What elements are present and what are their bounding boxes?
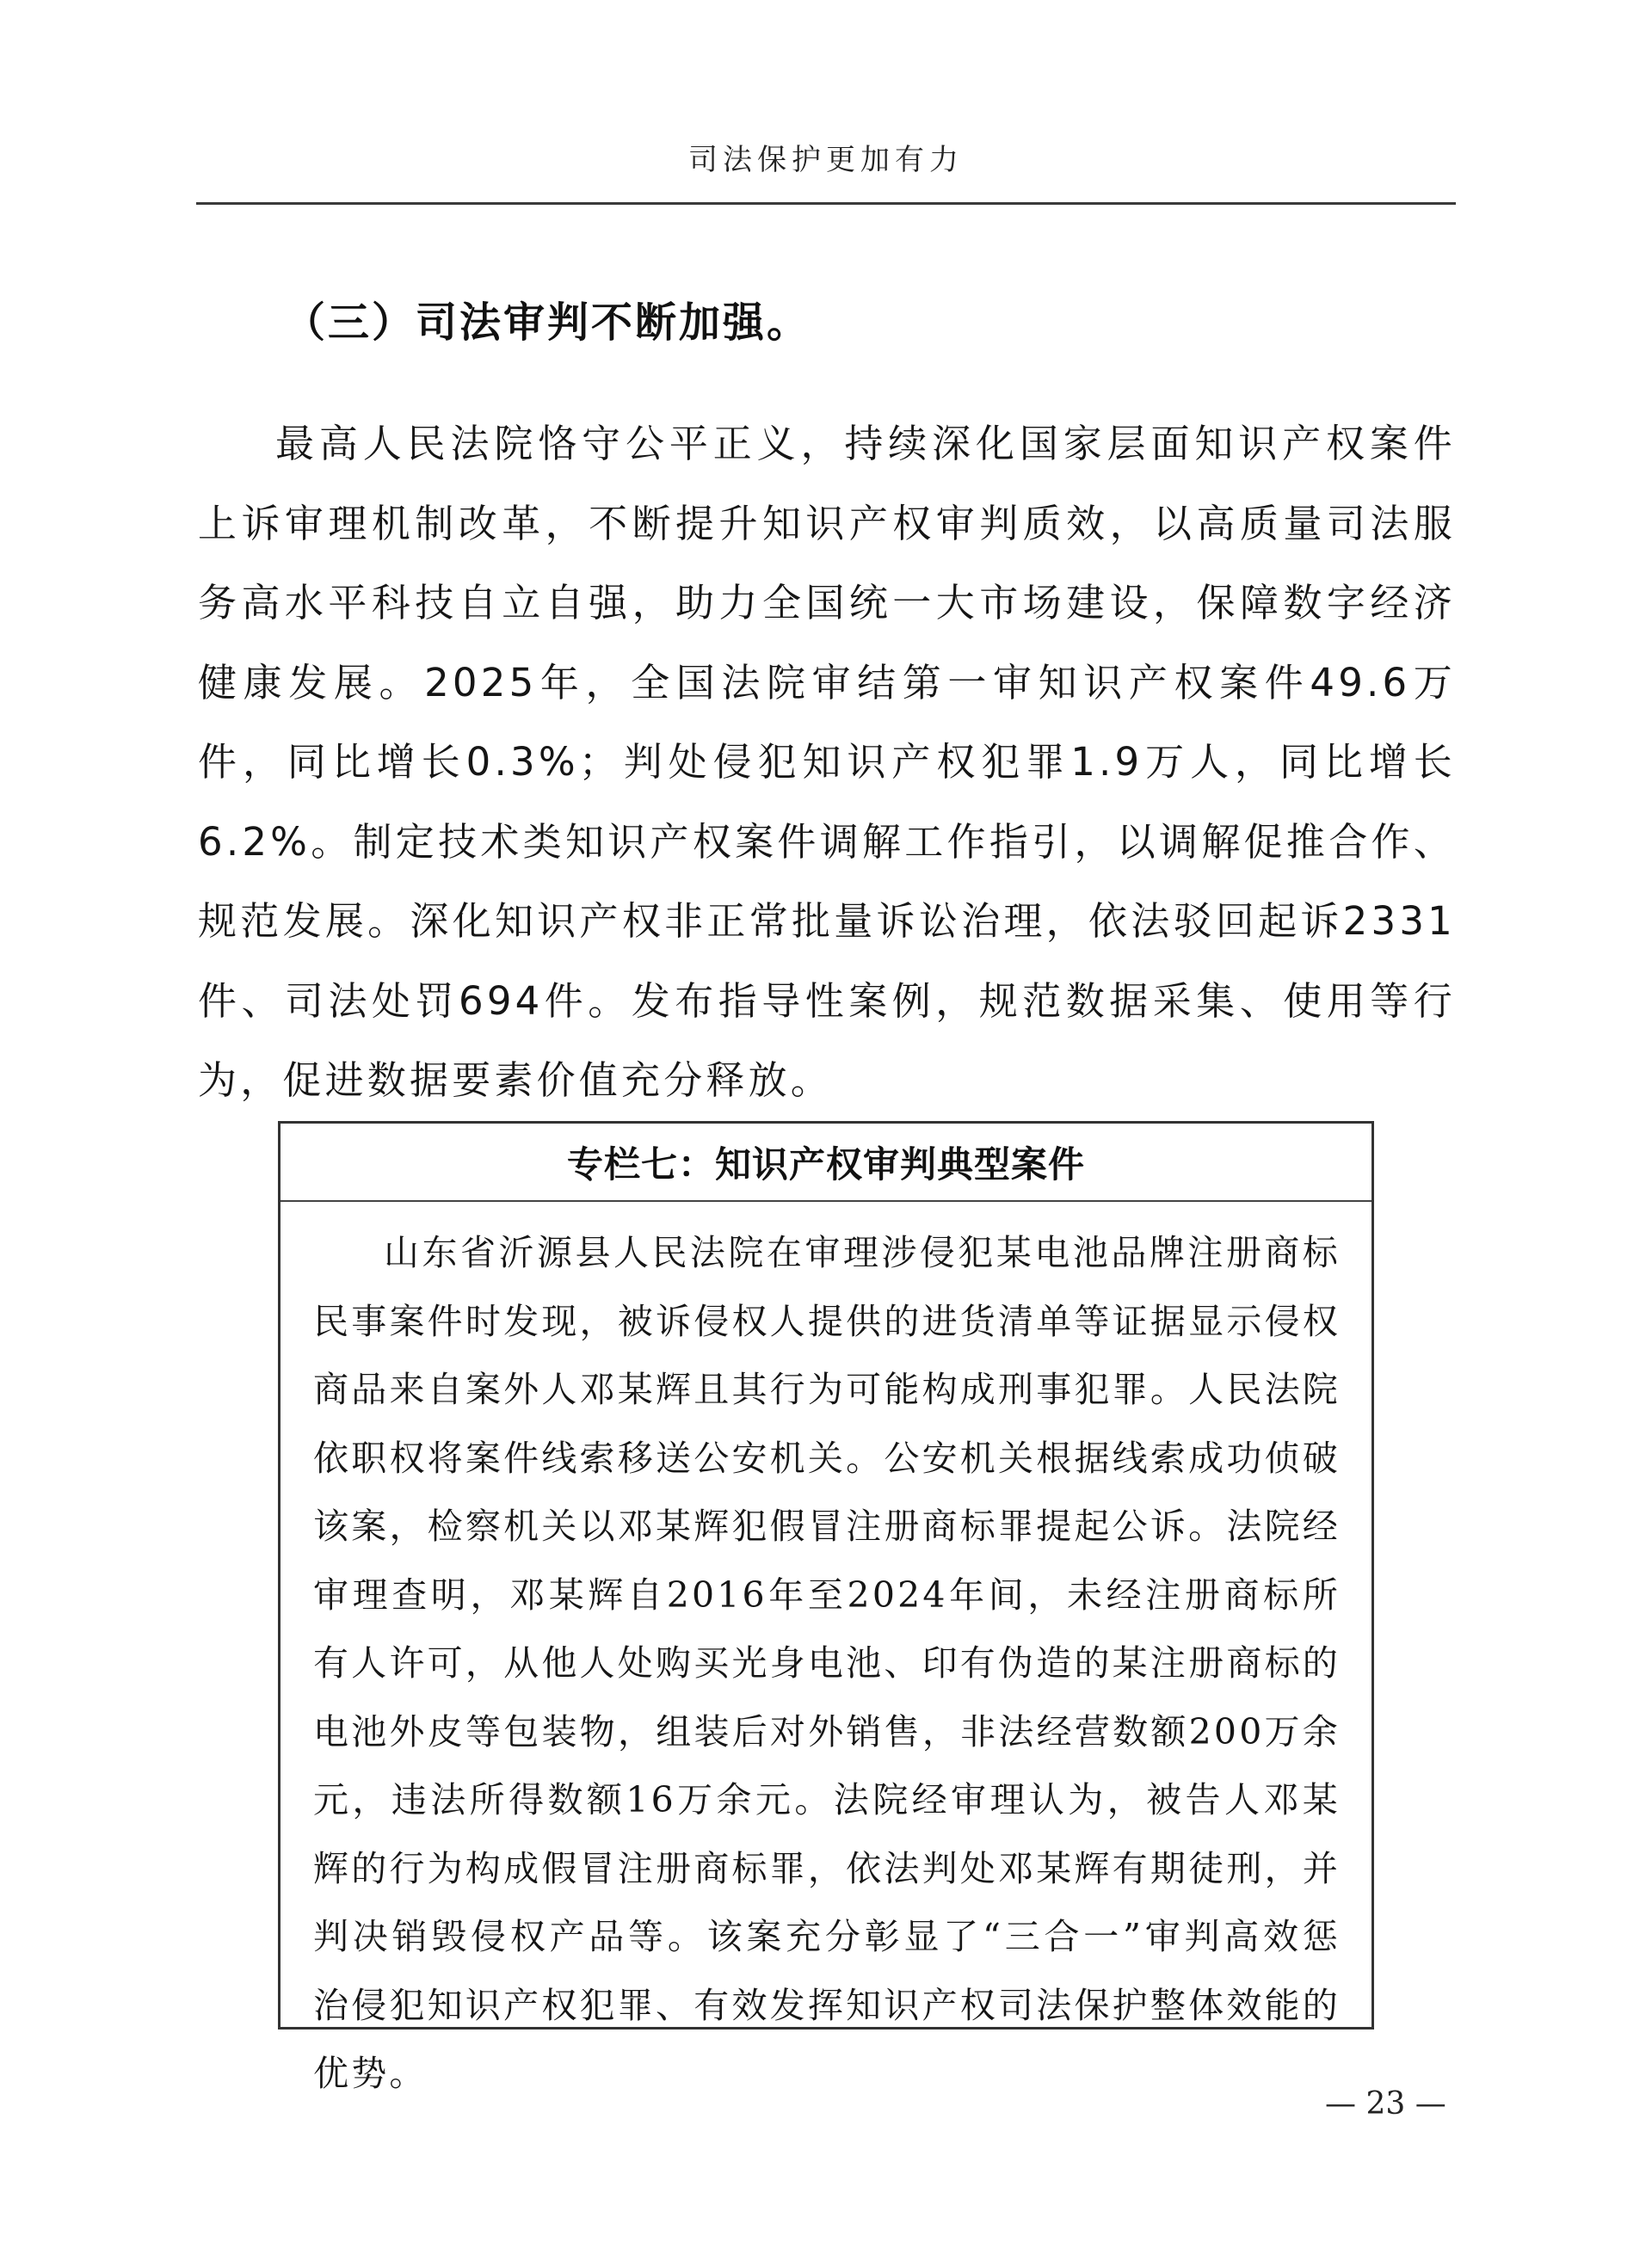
feature-box-paragraph: 山东省沂源县人民法院在审理涉侵犯某电池品牌注册商标民事案件时发现，被诉侵权人提供… xyxy=(280,1202,1372,2109)
body-paragraph: 最高人民法院恪守公平正义，持续深化国家层面知识产权案件上诉审理机制改革，不断提升… xyxy=(198,404,1456,1121)
page-number: — 23 — xyxy=(1325,2086,1446,2122)
feature-box-title: 专栏七：知识产权审判典型案件 xyxy=(280,1124,1372,1202)
section-heading: （三）司法审判不断加强。 xyxy=(284,289,811,348)
header-rule-divider xyxy=(196,202,1456,205)
feature-box: 专栏七：知识产权审判典型案件 山东省沂源县人民法院在审理涉侵犯某电池品牌注册商标… xyxy=(278,1121,1374,2030)
running-header-title: 司法保护更加有力 xyxy=(0,136,1652,178)
